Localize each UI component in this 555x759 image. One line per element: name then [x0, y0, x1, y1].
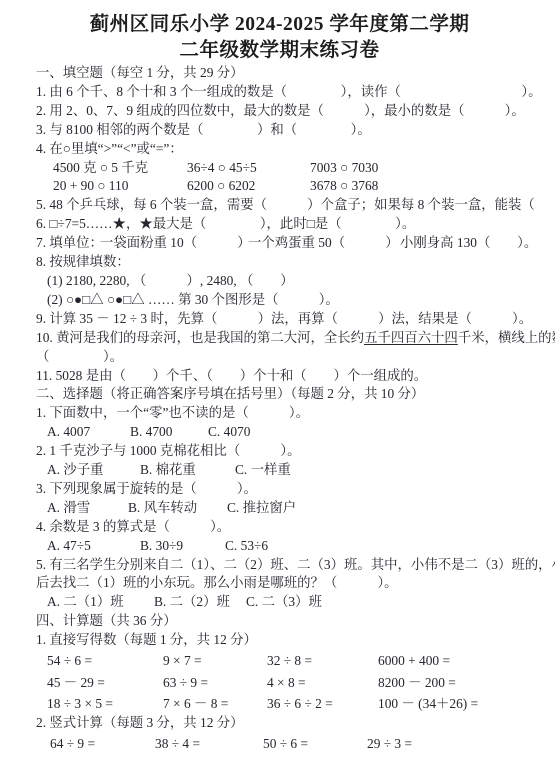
- unit-item: 一个鸡蛋重 50（ ）: [248, 234, 400, 253]
- calc-row-1: 54 ÷ 6 = 9 × 7 = 32 ÷ 8 = 6000 + 400 =: [36, 650, 549, 671]
- fill-q7: 7. 填单位： 一袋面粉重 10（ ） 一个鸡蛋重 50（ ） 小刚身高 130…: [36, 234, 549, 253]
- calc-sub1-heading: 1. 直接写得数（每题 1 分，共 12 分）: [36, 631, 549, 650]
- unit-item: 一袋面粉重 10（ ）: [100, 234, 248, 253]
- choice-q1-options: A. 4007 B. 4700 C. 4070: [36, 423, 549, 442]
- option-c: C. 推拉窗户: [227, 499, 549, 518]
- fill-q4-row2: 20 + 90 ○ 110 6200 ○ 6202 3678 ○ 3768: [36, 177, 549, 196]
- fill-q3: 3. 与 8100 相邻的两个数是（ ）和（ ）。: [36, 121, 549, 140]
- equation: 36 ÷ 6 ÷ 2 =: [267, 693, 378, 714]
- fill-q10-prefix: 10. 黄河是我们的母亲河，也是我国的第二大河，全长约: [36, 330, 364, 345]
- option-b: B. 二（2）班: [154, 593, 246, 612]
- fill-q10-line1: 10. 黄河是我们的母亲河，也是我国的第二大河，全长约五千四百六十四千米，横线上…: [36, 329, 549, 348]
- compare-item: 20 + 90 ○ 110: [53, 177, 187, 196]
- compare-item: 3678 ○ 3768: [310, 177, 549, 196]
- fill-q10-underlined-number: 五千四百六十四: [364, 330, 458, 345]
- equation: 64 ÷ 9 =: [50, 733, 155, 754]
- section1-heading: 一、填空题（每空 1 分，共 29 分）: [36, 64, 549, 83]
- equation: 18 ÷ 3 × 5 =: [47, 693, 163, 714]
- equation: 7 × 6 － 8 =: [163, 693, 267, 714]
- equation: 63 ÷ 9 =: [163, 672, 267, 693]
- choice-q5-line1: 5. 有三名学生分别来自二（1）、二（2）班、二（3）班。其中，小伟不是二（3）…: [36, 556, 549, 575]
- fill-q9: 9. 计算 35 － 12 ÷ 3 时，先算（ ）法，再算（ ）法，结果是（ ）…: [36, 310, 549, 329]
- exam-page: 蓟州区同乐小学 2024-2025 学年度第二学期 二年级数学期末练习卷 一、填…: [0, 0, 555, 759]
- exam-title-line1: 蓟州区同乐小学 2024-2025 学年度第二学期: [10, 12, 549, 38]
- fill-q1: 1. 由 6 个千、8 个十和 3 个一组成的数是（ ），读作（ ）。: [36, 83, 549, 102]
- option-a: A. 沙子重: [47, 461, 140, 480]
- option-c: C. 53÷6: [225, 537, 549, 556]
- exam-title-line2: 二年级数学期末练习卷: [10, 38, 549, 64]
- choice-q2: 2. 1 千克沙子与 1000 克棉花相比（ ）。: [36, 442, 549, 461]
- equation: 32 ÷ 8 =: [267, 650, 378, 671]
- fill-q2: 2. 用 2、0、7、9 组成的四位数中，最大的数是（ ），最小的数是（ ）。: [36, 102, 549, 121]
- fill-q8-label: 8. 按规律填数：: [36, 253, 549, 272]
- equation: 38 ÷ 4 =: [155, 733, 263, 754]
- option-b: B. 风车转动: [128, 499, 227, 518]
- option-c: C. 一样重: [235, 461, 549, 480]
- choice-q3: 3. 下列现象属于旋转的是（ ）。: [36, 480, 549, 499]
- option-c: C. 4070: [208, 423, 549, 442]
- option-a: A. 二（1）班: [47, 593, 154, 612]
- fill-q10-suffix: 千米，横线上的数写作: [458, 330, 555, 345]
- option-a: A. 4007: [47, 423, 130, 442]
- option-a: A. 滑雪: [47, 499, 128, 518]
- option-a: A. 47÷5: [47, 537, 140, 556]
- compare-item: 36÷4 ○ 45÷5: [187, 159, 310, 178]
- choice-q4-options: A. 47÷5 B. 30÷9 C. 53÷6: [36, 537, 549, 556]
- equation: 45 － 29 =: [47, 672, 163, 693]
- fill-q7-label: 7. 填单位：: [36, 234, 100, 253]
- fill-q10-line2: （ ）。: [36, 348, 549, 367]
- fill-q8-sub1: (1) 2180, 2280, （ ）, 2480, （ ）: [36, 272, 549, 291]
- equation: 100 － (34＋26) =: [378, 693, 549, 714]
- choice-q2-options: A. 沙子重 B. 棉花重 C. 一样重: [36, 461, 549, 480]
- equation: 50 ÷ 6 =: [263, 733, 367, 754]
- fill-q11: 11. 5028 是由（ ）个千、（ ）个十和（ ）个一组成的。: [36, 367, 549, 386]
- fill-q4-row1: 4500 克 ○ 5 千克 36÷4 ○ 45÷5 7003 ○ 7030: [36, 159, 549, 178]
- choice-q5-options: A. 二（1）班 B. 二（2）班 C. 二（3）班: [36, 593, 549, 612]
- choice-q4: 4. 余数是 3 的算式是（ ）。: [36, 518, 549, 537]
- calc-sub2-heading: 2. 竖式计算（每题 3 分，共 12 分）: [36, 714, 549, 733]
- section2-heading: 二、选择题（将正确答案序号填在括号里）（每题 2 分，共 10 分）: [36, 385, 549, 404]
- option-b: B. 棉花重: [140, 461, 235, 480]
- fill-q5: 5. 48 个乒乓球，每 6 个装一盒，需要（ ）个盒子；如果每 8 个装一盒，…: [36, 196, 549, 215]
- fill-q8-sub2: (2) ○●□△ ○●□△ …… 第 30 个图形是（ ）。: [36, 291, 549, 310]
- unit-item: 小刚身高 130（ ）。: [400, 234, 549, 253]
- calc-vertical-row: 64 ÷ 9 = 38 ÷ 4 = 50 ÷ 6 = 29 ÷ 3 =: [36, 733, 549, 754]
- option-b: B. 30÷9: [140, 537, 225, 556]
- equation: 9 × 7 =: [163, 650, 267, 671]
- fill-q4-label: 4. 在○里填“>”“<”或“=”：: [36, 140, 549, 159]
- option-b: B. 4700: [130, 423, 208, 442]
- compare-item: 7003 ○ 7030: [310, 159, 549, 178]
- fill-q6: 6. □÷7=5……★，★最大是（ ），此时□是（ ）。: [36, 215, 549, 234]
- equation: 4 × 8 =: [267, 672, 378, 693]
- option-c: C. 二（3）班: [246, 593, 549, 612]
- section4-heading: 四、计算题（共 36 分）: [36, 612, 549, 631]
- choice-q3-options: A. 滑雪 B. 风车转动 C. 推拉窗户: [36, 499, 549, 518]
- equation: 6000 + 400 =: [378, 650, 549, 671]
- compare-item: 4500 克 ○ 5 千克: [53, 159, 187, 178]
- compare-item: 6200 ○ 6202: [187, 177, 310, 196]
- calc-row-2: 45 － 29 = 63 ÷ 9 = 4 × 8 = 8200 － 200 =: [36, 672, 549, 693]
- choice-q1: 1. 下面数中，一个“零”也不读的是（ ）。: [36, 404, 549, 423]
- calc-row-3: 18 ÷ 3 × 5 = 7 × 6 － 8 = 36 ÷ 6 ÷ 2 = 10…: [36, 693, 549, 714]
- equation: 8200 － 200 =: [378, 672, 549, 693]
- equation: 29 ÷ 3 =: [367, 733, 549, 754]
- choice-q5-line2: 后去找二（1）班的小东玩。那么小雨是哪班的？（ ）。: [36, 574, 549, 593]
- equation: 54 ÷ 6 =: [47, 650, 163, 671]
